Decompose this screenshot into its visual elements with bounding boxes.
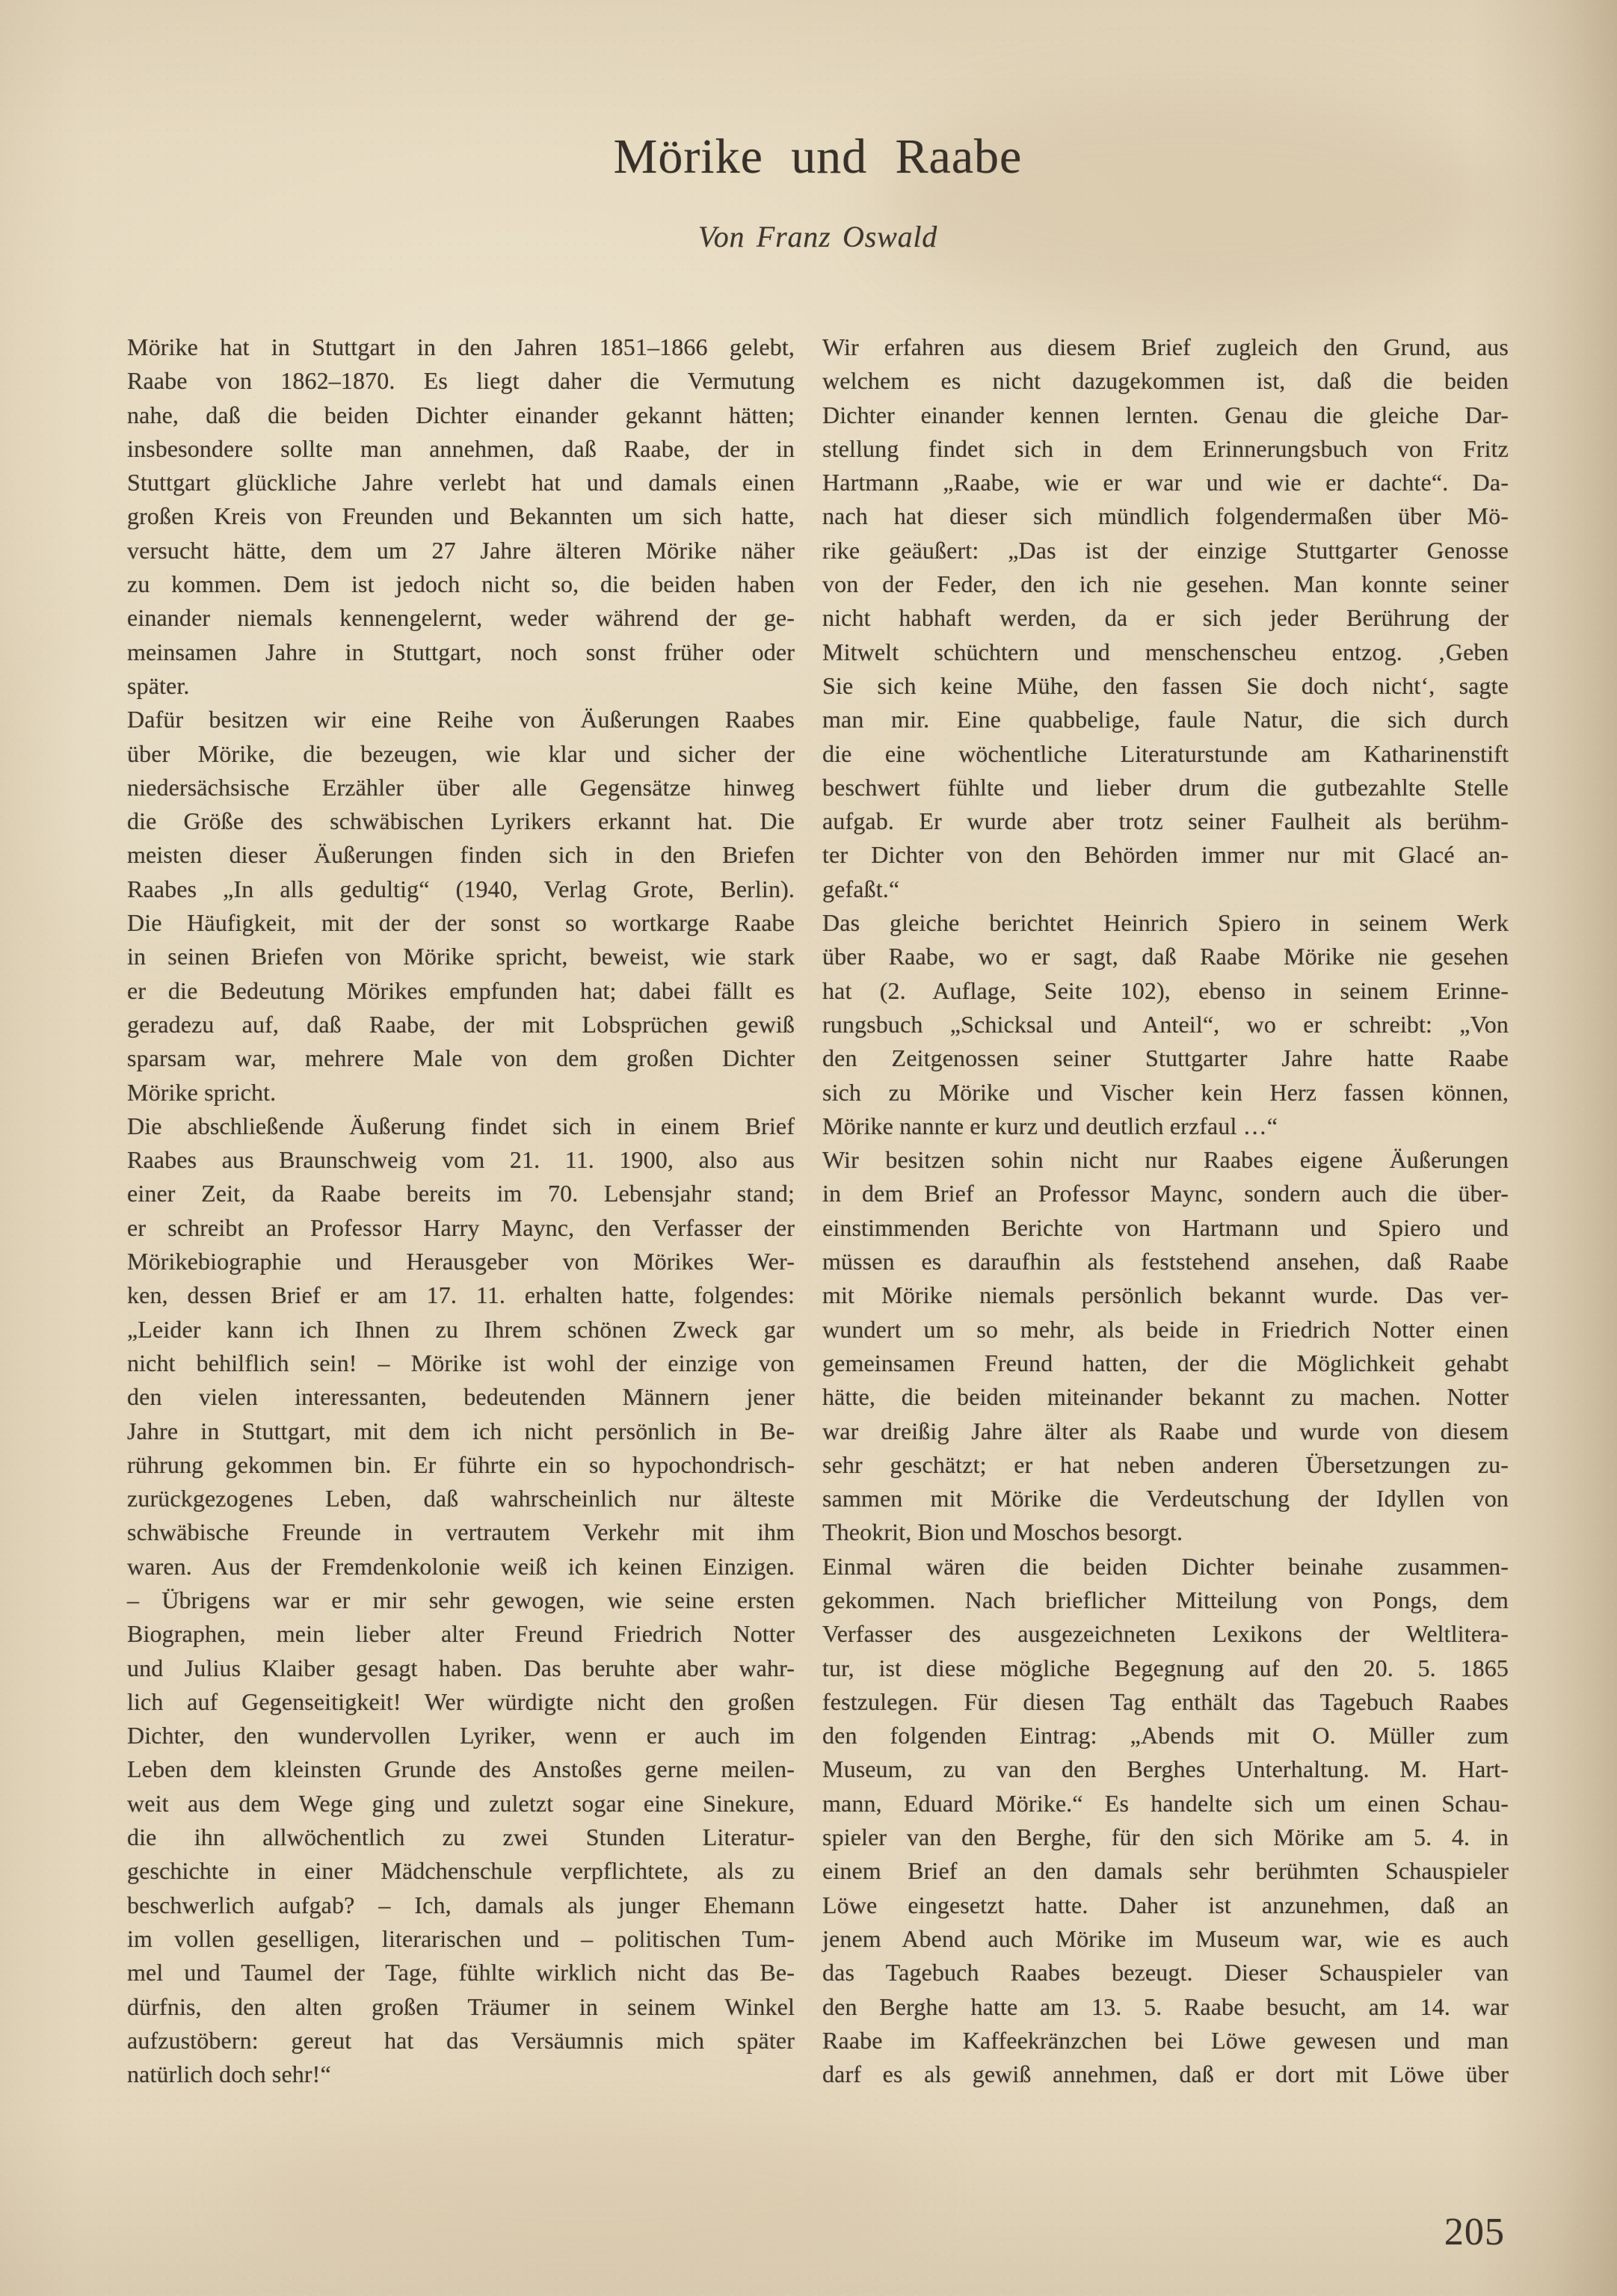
text-line: Die abschließende Äußerung findet sich i… [127,1109,795,1143]
text-line: die Größe des schwäbischen Lyrikers erka… [127,804,795,838]
text-line: nicht behilflich sein! – Mörike ist wohl… [127,1346,795,1380]
text-line: Leben dem kleinsten Grunde des Anstoßes … [127,1752,795,1786]
text-line: sammen mit Mörike die Verdeutschung der … [822,1482,1509,1515]
text-line: weit aus dem Wege ging und zuletzt sogar… [127,1787,795,1821]
text-line: tur, ist diese mögliche Begegnung auf de… [822,1652,1509,1685]
text-line: mel und Taumel der Tage, fühlte wirklich… [127,1956,795,1989]
text-line: Einmal wären die beiden Dichter beinahe … [822,1550,1509,1583]
text-line: Raabe im Kaffeekränzchen bei Löwe gewese… [822,2024,1509,2058]
text-line: und Julius Klaiber gesagt haben. Das ber… [127,1652,795,1685]
text-line: Stuttgart glückliche Jahre verlebt hat u… [127,466,795,499]
text-line: aufzustöbern: gereut hat das Versäumnis … [127,2024,795,2058]
paragraph: Wir erfahren aus diesem Brief zugleich d… [822,330,1509,906]
paper-texture-stain [882,90,1495,314]
text-line: Raabes aus Braunschweig vom 21. 11. 1900… [127,1143,795,1177]
text-line: rührung gekommen bin. Er führte ein so h… [127,1448,795,1482]
text-line: geschichte in einer Mädchenschule verpfl… [127,1854,795,1888]
text-line: zurückgezogenes Leben, daß wahrscheinlic… [127,1482,795,1515]
text-line: mann, Eduard Mörike.“ Es handelte sich u… [822,1787,1509,1821]
text-line: über Raabe, wo er sagt, daß Raabe Mörike… [822,940,1509,973]
text-line: Dichter, den wundervollen Lyriker, wenn … [127,1719,795,1752]
text-columns: Mörike hat in Stuttgart in den Jahren 18… [127,330,1509,2091]
text-line: Jahre in Stuttgart, mit dem ich nicht pe… [127,1415,795,1448]
text-line: nach hat dieser sich mündlich folgenderm… [822,499,1509,533]
text-line: die ihn allwöchentlich zu zwei Stunden L… [127,1821,795,1854]
text-line: gemeinsamen Freund hatten, der die Mögli… [822,1346,1509,1380]
text-line: Raabes „In alls gedultig“ (1940, Verlag … [127,872,795,906]
text-line: Mörike nannte er kurz und deutlich erzfa… [822,1109,1509,1143]
text-line: gefaßt.“ [822,872,1509,906]
text-line: waren. Aus der Fremdenkolonie weiß ich k… [127,1550,795,1583]
paragraph: Einmal wären die beiden Dichter beinahe … [822,1550,1509,2092]
text-line: Löwe eingesetzt hatte. Daher ist anzuneh… [822,1889,1509,1922]
text-line: jenem Abend auch Mörike im Museum war, w… [822,1922,1509,1956]
text-line: natürlich doch sehr!“ [127,2058,795,2091]
text-line: Dafür besitzen wir eine Reihe von Äußeru… [127,703,795,736]
text-line: in dem Brief an Professor Maync, sondern… [822,1177,1509,1210]
column-right: Wir erfahren aus diesem Brief zugleich d… [822,330,1509,2091]
text-line: wundert um so mehr, als beide in Friedri… [822,1313,1509,1346]
text-line: Die Häufigkeit, mit der der sonst so wor… [127,906,795,940]
paragraph: Wir besitzen sohin nicht nur Raabes eige… [822,1143,1509,1550]
text-line: er die Bedeutung Mörikes empfunden hat; … [127,974,795,1008]
text-line: Mörike spricht. [127,1076,795,1109]
text-line: ter Dichter von den Behörden immer nur m… [822,838,1509,872]
text-line: Sie sich keine Mühe, den fassen Sie doch… [822,669,1509,703]
text-line: hätte, die beiden miteinander bekannt zu… [822,1380,1509,1414]
text-line: festzulegen. Für diesen Tag enthält das … [822,1685,1509,1719]
text-line: Theokrit, Bion und Moschos besorgt. [822,1515,1509,1549]
text-line: beschwerlich aufgab? – Ich, damals als j… [127,1889,795,1922]
text-line: den Berghe hatte am 13. 5. Raabe besucht… [822,1990,1509,2024]
text-line: einander niemals kennengelernt, weder wä… [127,601,795,635]
text-line: rungsbuch „Schicksal und Anteil“, wo er … [822,1008,1509,1041]
paragraph: Die abschließende Äußerung findet sich i… [127,1109,795,2092]
text-line: gekommen. Nach brieflicher Mitteilung vo… [822,1583,1509,1617]
text-line: Dichter einander kennen lernten. Genau d… [822,398,1509,432]
byline: Von Franz Oswald [127,219,1509,254]
paper-texture-stain [247,2108,920,2273]
text-line: mit Mörike niemals persönlich bekannt wu… [822,1278,1509,1312]
text-line: aufgab. Er wurde aber trotz seiner Faulh… [822,804,1509,838]
text-line: Biographen, mein lieber alter Freund Fri… [127,1617,795,1651]
text-line: insbesondere sollte man annehmen, daß Ra… [127,432,795,466]
text-line: Museum, zu van den Berghes Unterhaltung.… [822,1752,1509,1786]
text-line: sich zu Mörike und Vischer kein Herz fas… [822,1076,1509,1109]
text-line: Das gleiche berichtet Heinrich Spiero in… [822,906,1509,940]
text-line: beschwert fühlte und lieber drum die gut… [822,771,1509,804]
text-line: darf es als gewiß annehmen, daß er dort … [822,2058,1509,2091]
text-line: dürfnis, den alten großen Träumer in sei… [127,1990,795,2024]
text-line: – Übrigens war er mir sehr gewogen, wie … [127,1583,795,1617]
text-line: sehr geschätzt; er hat neben anderen Übe… [822,1448,1509,1482]
text-line: Mitwelt schüchtern und menschenscheu ent… [822,635,1509,669]
text-line: stellung findet sich in dem Erinnerungsb… [822,432,1509,466]
text-line: später. [127,669,795,703]
paragraph: Das gleiche berichtet Heinrich Spiero in… [822,906,1509,1143]
paragraph: Dafür besitzen wir eine Reihe von Äußeru… [127,703,795,1109]
text-line: nicht habhaft werden, da er sich jeder B… [822,601,1509,635]
text-line: den Zeitgenossen seiner Stuttgarter Jahr… [822,1041,1509,1075]
page-title: Mörike und Raabe [127,129,1509,185]
text-line: den folgenden Eintrag: „Abends mit O. Mü… [822,1719,1509,1752]
book-page: Mörike und Raabe Von Franz Oswald Mörike… [0,0,1617,2296]
text-line: „Leider kann ich Ihnen zu Ihrem schönen … [127,1313,795,1346]
text-line: Mörikebiographie und Herausgeber von Mör… [127,1245,795,1278]
text-line: ken, dessen Brief er am 17. 11. erhalten… [127,1278,795,1312]
text-line: schwäbische Freunde in vertrautem Verkeh… [127,1515,795,1549]
text-line: niedersächsische Erzähler über alle Gege… [127,771,795,804]
text-line: den vielen interessanten, bedeutenden Mä… [127,1380,795,1414]
page-number: 205 [1444,2210,1505,2254]
text-line: hat (2. Auflage, Seite 102), ebenso in s… [822,974,1509,1008]
text-line: rike geäußert: „Das ist der einzige Stut… [822,534,1509,567]
text-line: welchem es nicht dazugekommen ist, daß d… [822,364,1509,398]
text-line: Wir erfahren aus diesem Brief zugleich d… [822,330,1509,364]
text-line: Raabe von 1862–1870. Es liegt daher die … [127,364,795,398]
text-line: sparsam war, mehrere Male von dem großen… [127,1041,795,1075]
text-line: großen Kreis von Freunden und Bekannten … [127,499,795,533]
text-line: Wir besitzen sohin nicht nur Raabes eige… [822,1143,1509,1177]
text-line: Verfasser des ausgezeichneten Lexikons d… [822,1617,1509,1651]
text-line: war dreißig Jahre älter als Raabe und wu… [822,1415,1509,1448]
text-line: einer Zeit, da Raabe bereits im 70. Lebe… [127,1177,795,1210]
text-line: das Tagebuch Raabes bezeugt. Dieser Scha… [822,1956,1509,1989]
text-line: im vollen geselligen, literarischen und … [127,1922,795,1956]
text-line: versucht hätte, dem um 27 Jahre älteren … [127,534,795,567]
text-line: einstimmenden Berichte von Hartmann und … [822,1211,1509,1245]
text-line: geradezu auf, daß Raabe, der mit Lobsprü… [127,1008,795,1041]
text-line: man mir. Eine quabbelige, faule Natur, d… [822,703,1509,736]
text-line: Mörike hat in Stuttgart in den Jahren 18… [127,330,795,364]
text-line: über Mörike, die bezeugen, wie klar und … [127,737,795,771]
text-line: müssen es daraufhin als feststehend anse… [822,1245,1509,1278]
text-line: spieler van den Berghe, für den sich Mör… [822,1821,1509,1854]
text-line: nahe, daß die beiden Dichter einander ge… [127,398,795,432]
text-line: die eine wöchentliche Literaturstunde am… [822,737,1509,771]
text-line: er schreibt an Professor Harry Maync, de… [127,1211,795,1245]
paragraph: Mörike hat in Stuttgart in den Jahren 18… [127,330,795,703]
column-left: Mörike hat in Stuttgart in den Jahren 18… [127,330,795,2091]
text-line: in seinen Briefen von Mörike spricht, be… [127,940,795,973]
text-line: meinsamen Jahre in Stuttgart, noch sonst… [127,635,795,669]
text-line: Hartmann „Raabe, wie er war und wie er d… [822,466,1509,499]
text-line: von der Feder, den ich nie gesehen. Man … [822,567,1509,601]
text-line: einem Brief an den damals sehr berühmten… [822,1854,1509,1888]
text-line: zu kommen. Dem ist jedoch nicht so, die … [127,567,795,601]
text-line: meisten dieser Äußerungen finden sich in… [127,838,795,872]
text-line: lich auf Gegenseitigkeit! Wer würdigte n… [127,1685,795,1719]
